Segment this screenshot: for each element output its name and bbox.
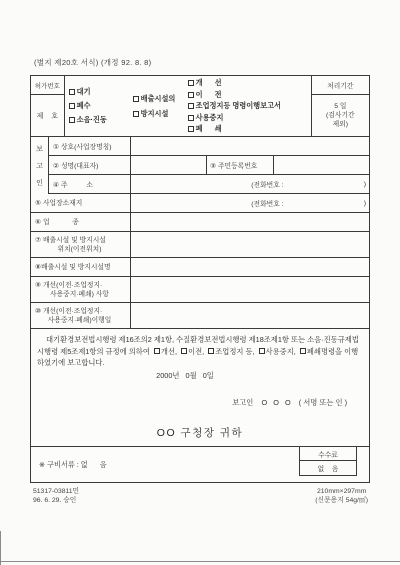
approval-date: 96. 6. 29. 승인: [33, 496, 79, 505]
scan-edge-left: [0, 531, 1, 565]
processing-period-value: 5 일 (검사기간 제외): [312, 95, 369, 136]
option-wastewater: 폐수: [69, 101, 133, 111]
facility-options-group: 배출시설의 방지시설: [133, 94, 188, 119]
name-label: ② 성명(대표자): [49, 156, 131, 174]
address-row: ④ 주 소 (전화번호 : ): [49, 175, 369, 194]
wastewater-label: 폐수: [77, 101, 91, 111]
inline-improvement-checkbox[interactable]: [154, 348, 160, 354]
form-header: 허가번호 제 호 대기 폐수 소음·진동: [31, 76, 369, 137]
implementation-date-input[interactable]: [131, 303, 369, 328]
paper-size: 210mm×297mm: [315, 487, 368, 496]
company-row: ① 상호(사업장명칭): [49, 137, 369, 156]
option-improvement: 개 선: [188, 78, 311, 88]
signature-note: ( 서명 또는 인 ): [299, 398, 347, 407]
address-label: ④ 주 소: [49, 175, 131, 193]
air-checkbox[interactable]: [69, 89, 75, 95]
site-phone-label: (전화번호 :: [251, 198, 283, 208]
air-label: 대기: [77, 87, 91, 97]
processing-period-label: 처리기간: [312, 76, 369, 95]
option-noise-vibration: 소음·진동: [69, 115, 133, 125]
inline-relocation-checkbox[interactable]: [181, 348, 187, 354]
processing-period-cell: 처리기간 5 일 (검사기간 제외): [311, 76, 369, 136]
resident-number-label: ③ 주민등록번호: [207, 156, 274, 174]
option-suspension-report: 조업정지등 명령이행보고서: [188, 101, 311, 111]
noise-vibration-label: 소음·진동: [77, 115, 107, 125]
facility-location-label-line2: 위치(이전위치): [35, 245, 130, 254]
usage-stop-checkbox[interactable]: [188, 115, 194, 121]
business-site-label: ⑤ 사업장소재지: [31, 194, 131, 212]
address-phone-close: ): [364, 181, 369, 188]
facility-name-row: ⑧배출시설 및 방지시설명: [31, 258, 369, 277]
noise-vibration-checkbox[interactable]: [69, 117, 75, 123]
attachments-note: ※ 구비서류 : 없 음: [39, 460, 107, 470]
reporter-label: 보고인: [232, 398, 253, 407]
improvement-label: 개 선: [196, 78, 222, 88]
inline-improvement-label: 개선,: [161, 347, 177, 356]
usage-stop-label: 사용중지: [196, 113, 224, 123]
emission-facility-label: 배출시설의: [141, 94, 176, 104]
business-site-input[interactable]: (전화번호 : ): [131, 194, 369, 212]
form-title-cell: 대기 폐수 소음·진동 배출시설의 방지시설: [65, 76, 311, 136]
improvement-detail-label: ⑨ 개선(이전·조업정지· 사용중지·폐쇄) 사항: [31, 277, 131, 302]
facility-location-label: ⑦ 배출시설 및 방지시설 위치(이전위치): [31, 232, 131, 257]
period-days: 5 일: [334, 102, 346, 111]
letter-bo: 보: [36, 144, 43, 154]
closure-checkbox[interactable]: [188, 126, 194, 132]
reporter-group-label: 보 고 인: [31, 137, 49, 194]
inline-relocation-label: 이전,: [188, 347, 204, 356]
doc-number-label: 제 호: [31, 95, 64, 136]
media-options-group: 대기 폐수 소음·진동: [69, 87, 133, 125]
improvement-detail-label-line2: 사용중지·폐쇄) 사항: [35, 290, 130, 299]
facility-location-row: ⑦ 배출시설 및 방지시설 위치(이전위치): [31, 232, 369, 258]
improvement-checkbox[interactable]: [188, 80, 194, 86]
relocation-checkbox[interactable]: [188, 92, 194, 98]
suspension-report-label: 조업정지등 명령이행보고서: [196, 101, 281, 111]
letter-go: 고: [36, 161, 43, 171]
option-usage-stop: 사용중지: [188, 113, 311, 123]
reporter-signature-line: 보고인 O O O ( 서명 또는 인 ): [232, 398, 347, 408]
option-closure: 폐 쇄: [188, 124, 311, 134]
form-caption: (별지 제20호 서식) (개정 92. 8. 8): [34, 57, 151, 68]
report-date: 2000년 0월 0일: [31, 371, 339, 381]
industry-row: ⑥ 업 종: [31, 213, 369, 232]
business-site-row: ⑤ 사업장소재지 (전화번호 : ): [31, 194, 369, 213]
paper-spec-block: 210mm×297mm (신문용지 54g/㎡): [315, 487, 368, 505]
inline-closure-checkbox[interactable]: [300, 348, 306, 354]
option-emission-facility: 배출시설의: [133, 94, 188, 104]
reporter-name: O O O: [261, 398, 290, 407]
option-prevention-facility: 방지시설: [133, 109, 188, 119]
industry-input[interactable]: [131, 213, 369, 231]
address-phone-label: (전화번호 :: [251, 179, 283, 189]
order-options-group: 개 선 이 전 조업정지등 명령이행보고서 사용중지 폐: [188, 78, 311, 134]
implementation-date-label-line1: ⑩ 개선(이전·조업정지·: [35, 307, 130, 316]
relocation-label: 이 전: [196, 90, 222, 100]
site-phone-close: ): [364, 200, 369, 207]
company-input[interactable]: [131, 137, 369, 155]
improvement-detail-label-line1: ⑨ 개선(이전·조업정지·: [35, 281, 130, 290]
facility-name-label: ⑧배출시설 및 방지시설명: [31, 258, 131, 276]
scan-edge-bottom: [0, 561, 400, 562]
form-number-block: 51317-03811민 96. 6. 29. 승인: [33, 487, 79, 505]
industry-label: ⑥ 업 종: [31, 213, 131, 231]
facility-location-label-line1: ⑦ 배출시설 및 방지시설: [35, 236, 130, 245]
facility-location-input[interactable]: [131, 232, 369, 257]
emission-facility-checkbox[interactable]: [133, 96, 139, 102]
form-number: 51317-03811민: [33, 487, 79, 496]
permit-number-cell: 허가번호 제 호: [31, 76, 65, 136]
inline-closure-label: 폐쇄명령을: [307, 347, 342, 356]
permit-number-label: 허가번호: [31, 76, 64, 95]
wastewater-checkbox[interactable]: [69, 103, 75, 109]
letter-in: 인: [36, 178, 43, 188]
facility-name-input[interactable]: [131, 258, 369, 276]
recipient-line: OO 구청장 귀하: [31, 425, 369, 440]
period-note-line1: (검사기간: [326, 111, 355, 120]
fee-box: 수수료 없 음: [299, 446, 357, 476]
prevention-facility-checkbox[interactable]: [133, 111, 139, 117]
option-relocation: 이 전: [188, 90, 311, 100]
implementation-date-row: ⑩ 개선(이전·조업정지· 사용중지·폐쇄)이행일: [31, 303, 369, 329]
improvement-detail-row: ⑨ 개선(이전·조업정지· 사용중지·폐쇄) 사항: [31, 277, 369, 303]
address-input[interactable]: (전화번호 : ): [131, 175, 369, 193]
declaration-paragraph: 대기환경보전법시행령 제16조의2 제1항, 수질환경보전법시행령 제18조제1…: [37, 334, 363, 369]
option-air: 대기: [69, 87, 133, 97]
resident-number-input[interactable]: [274, 156, 369, 174]
inline-suspension-label: 조업정지 등,: [215, 347, 254, 356]
closure-label: 폐 쇄: [196, 124, 222, 134]
company-label: ① 상호(사업장명칭): [49, 137, 131, 155]
name-row: ② 성명(대표자) ③ 주민등록번호: [49, 156, 369, 175]
inline-usage-stop-checkbox[interactable]: [259, 348, 265, 354]
name-input[interactable]: [131, 156, 207, 174]
implementation-date-label: ⑩ 개선(이전·조업정지· 사용중지·폐쇄)이행일: [31, 303, 131, 328]
fee-value: 없 음: [300, 461, 356, 475]
prevention-facility-label: 방지시설: [141, 109, 169, 119]
inline-suspension-checkbox[interactable]: [208, 348, 214, 354]
improvement-detail-input[interactable]: [131, 277, 369, 302]
suspension-checkbox[interactable]: [188, 103, 194, 109]
reporter-section: 보 고 인 ① 상호(사업장명칭) ② 성명(대표자) ③ 주민등록번호 ④ 주…: [31, 137, 369, 194]
report-form: 허가번호 제 호 대기 폐수 소음·진동: [30, 75, 370, 483]
attachments-section: ※ 구비서류 : 없 음 수수료 없 음: [31, 447, 369, 484]
declaration-section: 대기환경보전법시행령 제16조의2 제1항, 수질환경보전법시행령 제18조제1…: [31, 329, 369, 447]
implementation-date-label-line2: 사용중지·폐쇄)이행일: [35, 316, 130, 325]
fee-label: 수수료: [300, 447, 356, 461]
period-note-line2: 제외): [333, 120, 348, 129]
paper-type: (신문용지 54g/㎡): [315, 496, 368, 505]
inline-usage-stop-label: 사용중지,: [266, 347, 296, 356]
